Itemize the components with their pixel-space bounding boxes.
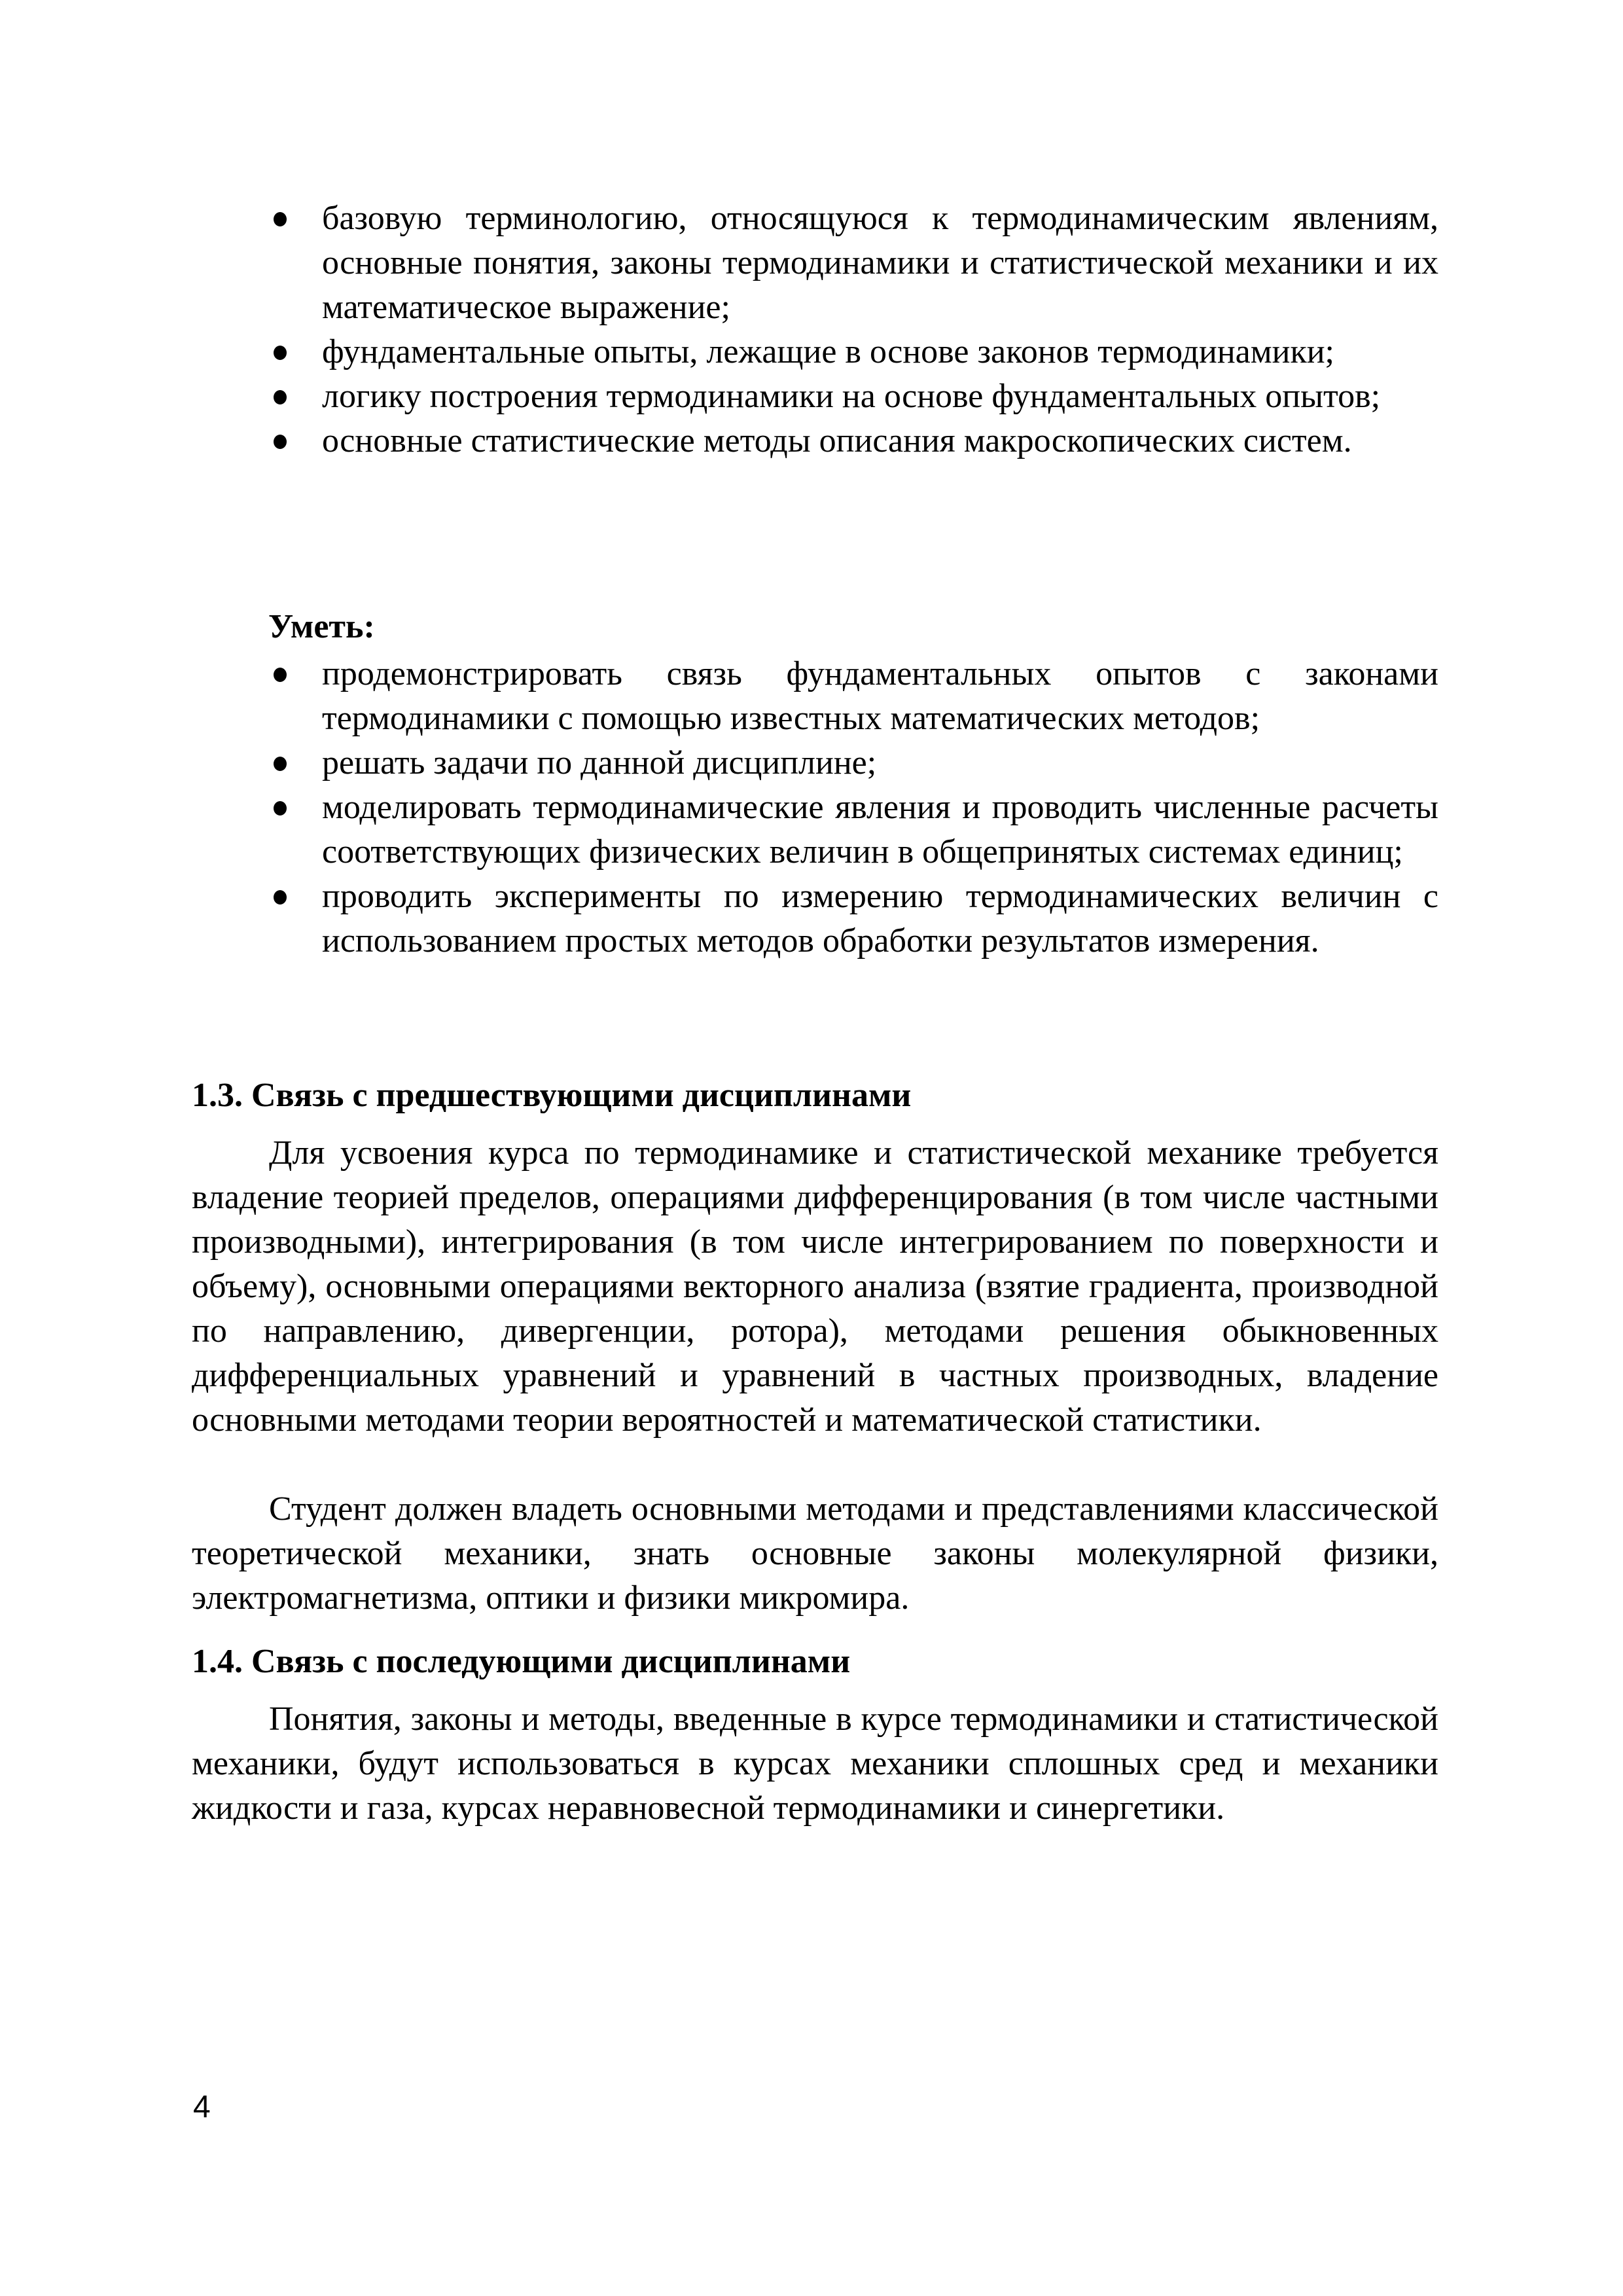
list-item: продемонстрировать связь фундаментальных… bbox=[262, 652, 1438, 741]
bullet-icon bbox=[274, 212, 287, 226]
paragraph: Студент должен владеть основными методам… bbox=[192, 1487, 1438, 1621]
bullet-icon bbox=[274, 890, 287, 905]
section-heading-1-4: 1.4. Связь с последующими дисциплинами bbox=[192, 1640, 850, 1684]
list-item-text: логику построения термодинамики на основ… bbox=[322, 378, 1380, 415]
list-item-text: продемонстрировать связь фундаментальных… bbox=[322, 655, 1438, 737]
list-item: основные статистические методы описания … bbox=[262, 419, 1438, 463]
knowledge-list: базовую терминологию, относящуюся к терм… bbox=[262, 196, 1438, 463]
list-item: проводить эксперименты по измерению терм… bbox=[262, 874, 1438, 963]
list-item-text: базовую терминологию, относящуюся к терм… bbox=[322, 200, 1438, 326]
paragraph: Понятия, законы и методы, введенные в ку… bbox=[192, 1697, 1438, 1831]
list-item: логику построения термодинамики на основ… bbox=[262, 374, 1438, 419]
bullet-icon bbox=[274, 757, 287, 771]
list-item: решать задачи по данной дисциплине; bbox=[262, 741, 1438, 785]
page-number: 4 bbox=[193, 2088, 211, 2127]
bullet-icon bbox=[274, 668, 287, 682]
bullet-icon bbox=[274, 801, 287, 816]
list-item-text: фундаментальные опыты, лежащие в основе … bbox=[322, 333, 1334, 370]
bullet-icon bbox=[274, 435, 287, 449]
list-item: фундаментальные опыты, лежащие в основе … bbox=[262, 330, 1438, 374]
document-page: базовую терминологию, относящуюся к терм… bbox=[0, 0, 1623, 2296]
list-item-text: моделировать термодинамические явления и… bbox=[322, 789, 1438, 870]
skills-list: продемонстрировать связь фундаментальных… bbox=[262, 652, 1438, 963]
skills-heading: Уметь: bbox=[268, 605, 375, 649]
bullet-icon bbox=[274, 390, 287, 404]
list-item-text: проводить эксперименты по измерению терм… bbox=[322, 878, 1438, 960]
list-item: моделировать термодинамические явления и… bbox=[262, 785, 1438, 874]
list-item-text: основные статистические методы описания … bbox=[322, 422, 1352, 459]
list-item: базовую терминологию, относящуюся к терм… bbox=[262, 196, 1438, 330]
bullet-icon bbox=[274, 346, 287, 360]
section-heading-1-3: 1.3. Связь с предшествующими дисциплинам… bbox=[192, 1073, 911, 1118]
list-item-text: решать задачи по данной дисциплине; bbox=[322, 744, 876, 781]
paragraph: Для усвоения курса по термодинамике и ст… bbox=[192, 1131, 1438, 1443]
